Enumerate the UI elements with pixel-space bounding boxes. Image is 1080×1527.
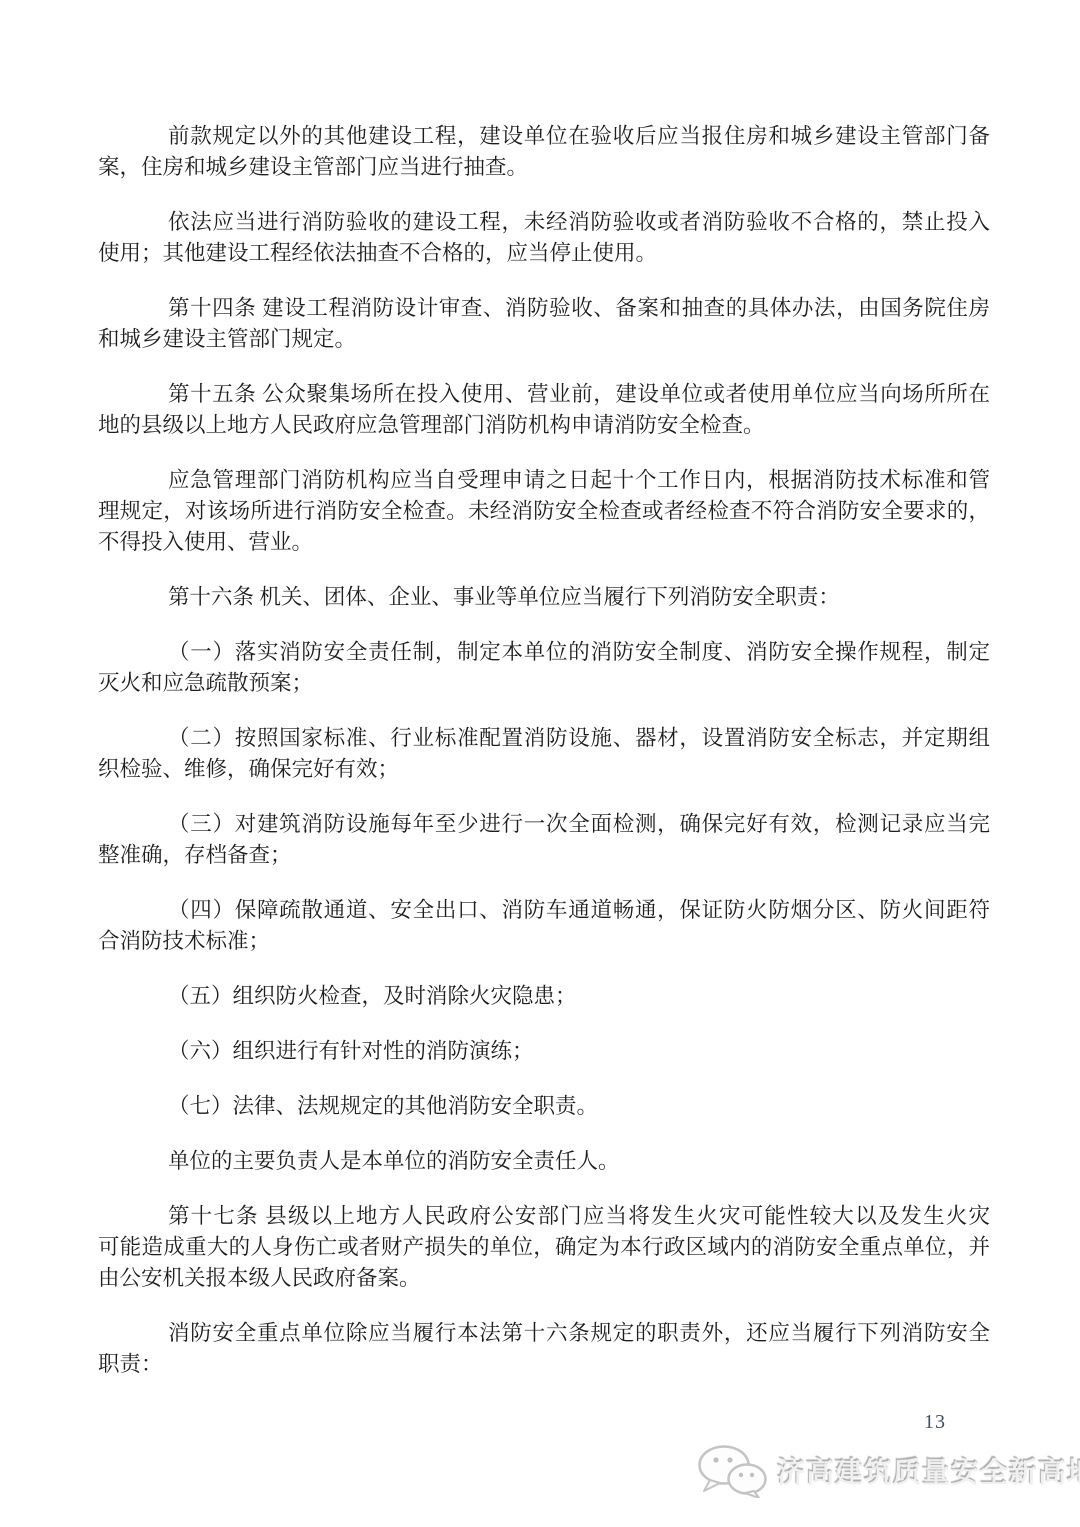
paragraph: （六）组织进行有针对性的消防演练； [98, 1036, 990, 1067]
wechat-icon [697, 1444, 769, 1498]
paragraph-line: 第十五条 公众聚集场所在投入使用、营业前，建设单位或者使用单位应当向场所所在 [98, 379, 990, 410]
page-number: 13 [924, 1411, 946, 1434]
paragraph-line: 应急管理部门消防机构应当自受理申请之日起十个工作日内，根据消防技术标准和管 [98, 465, 990, 496]
paragraph: （三）对建筑消防设施每年至少进行一次全面检测，确保完好有效，检测记录应当完整准确… [98, 809, 990, 871]
paragraph-line: 第十七条 县级以上地方人民政府公安部门应当将发生火灾可能性较大以及发生火灾 [98, 1201, 990, 1232]
paragraph: （七）法律、法规规定的其他消防安全职责。 [98, 1091, 990, 1122]
paragraph-line: （七）法律、法规规定的其他消防安全职责。 [98, 1091, 990, 1122]
paragraph-line: 由公安机关报本级人民政府备案。 [98, 1263, 990, 1294]
paragraph: 第十五条 公众聚集场所在投入使用、营业前，建设单位或者使用单位应当向场所所在地的… [98, 379, 990, 441]
paragraph-line: 合消防技术标准； [98, 926, 990, 957]
paragraph-line: 第十四条 建设工程消防设计审查、消防验收、备案和抽查的具体办法，由国务院住房 [98, 293, 990, 324]
document-page: 前款规定以外的其他建设工程，建设单位在验收后应当报住房和城乡建设主管部门备案，住… [0, 0, 1080, 1527]
paragraph-line: 和城乡建设主管部门规定。 [98, 324, 990, 355]
paragraph: 消防安全重点单位除应当履行本法第十六条规定的职责外，还应当履行下列消防安全职责： [98, 1318, 990, 1380]
paragraph: 依法应当进行消防验收的建设工程，未经消防验收或者消防验收不合格的，禁止投入使用；… [98, 207, 990, 269]
paragraph-line: 前款规定以外的其他建设工程，建设单位在验收后应当报住房和城乡建设主管部门备 [98, 121, 990, 152]
paragraph: （二）按照国家标准、行业标准配置消防设施、器材，设置消防安全标志，并定期组织检验… [98, 723, 990, 785]
paragraph-line: （三）对建筑消防设施每年至少进行一次全面检测，确保完好有效，检测记录应当完 [98, 809, 990, 840]
paragraph-line: 依法应当进行消防验收的建设工程，未经消防验收或者消防验收不合格的，禁止投入 [98, 207, 990, 238]
paragraph-line: 织检验、维修，确保完好有效； [98, 754, 990, 785]
paragraph: 第十四条 建设工程消防设计审查、消防验收、备案和抽查的具体办法，由国务院住房和城… [98, 293, 990, 355]
paragraph: （五）组织防火检查，及时消除火灾隐患； [98, 981, 990, 1012]
paragraph-line: 第十六条 机关、团体、企业、事业等单位应当履行下列消防安全职责： [98, 582, 990, 613]
paragraph-line: 单位的主要负责人是本单位的消防安全责任人。 [98, 1146, 990, 1177]
paragraph: 应急管理部门消防机构应当自受理申请之日起十个工作日内，根据消防技术标准和管理规定… [98, 465, 990, 558]
paragraph-line: 灭火和应急疏散预案； [98, 668, 990, 699]
paragraph-line: （六）组织进行有针对性的消防演练； [98, 1036, 990, 1067]
paragraph-line: 职责： [98, 1349, 990, 1380]
paragraph-line: 理规定，对该场所进行消防安全检查。未经消防安全检查或者经检查不符合消防安全要求的… [98, 496, 990, 527]
paragraph-line: 整准确，存档备查； [98, 840, 990, 871]
paragraph: （一）落实消防安全责任制，制定本单位的消防安全制度、消防安全操作规程，制定灭火和… [98, 637, 990, 699]
paragraph-line: （二）按照国家标准、行业标准配置消防设施、器材，设置消防安全标志，并定期组 [98, 723, 990, 754]
watermark-text: 济高建筑质量安全新高地 [777, 1451, 1080, 1491]
paragraph-line: 消防安全重点单位除应当履行本法第十六条规定的职责外，还应当履行下列消防安全 [98, 1318, 990, 1349]
paragraph-line: 案，住房和城乡建设主管部门应当进行抽查。 [98, 152, 990, 183]
document-body: 前款规定以外的其他建设工程，建设单位在验收后应当报住房和城乡建设主管部门备案，住… [98, 121, 990, 1404]
paragraph-line: 不得投入使用、营业。 [98, 527, 990, 558]
paragraph: 第十六条 机关、团体、企业、事业等单位应当履行下列消防安全职责： [98, 582, 990, 613]
paragraph: 前款规定以外的其他建设工程，建设单位在验收后应当报住房和城乡建设主管部门备案，住… [98, 121, 990, 183]
paragraph-line: 可能造成重大的人身伤亡或者财产损失的单位，确定为本行政区域内的消防安全重点单位，… [98, 1232, 990, 1263]
paragraph: （四）保障疏散通道、安全出口、消防车通道畅通，保证防火防烟分区、防火间距符合消防… [98, 895, 990, 957]
paragraph-line: 使用；其他建设工程经依法抽查不合格的，应当停止使用。 [98, 238, 990, 269]
watermark: 济高建筑质量安全新高地 [697, 1444, 1080, 1498]
paragraph: 单位的主要负责人是本单位的消防安全责任人。 [98, 1146, 990, 1177]
paragraph: 第十七条 县级以上地方人民政府公安部门应当将发生火灾可能性较大以及发生火灾可能造… [98, 1201, 990, 1294]
paragraph-line: （一）落实消防安全责任制，制定本单位的消防安全制度、消防安全操作规程，制定 [98, 637, 990, 668]
paragraph-line: （五）组织防火检查，及时消除火灾隐患； [98, 981, 990, 1012]
paragraph-line: （四）保障疏散通道、安全出口、消防车通道畅通，保证防火防烟分区、防火间距符 [98, 895, 990, 926]
paragraph-line: 地的县级以上地方人民政府应急管理部门消防机构申请消防安全检查。 [98, 410, 990, 441]
